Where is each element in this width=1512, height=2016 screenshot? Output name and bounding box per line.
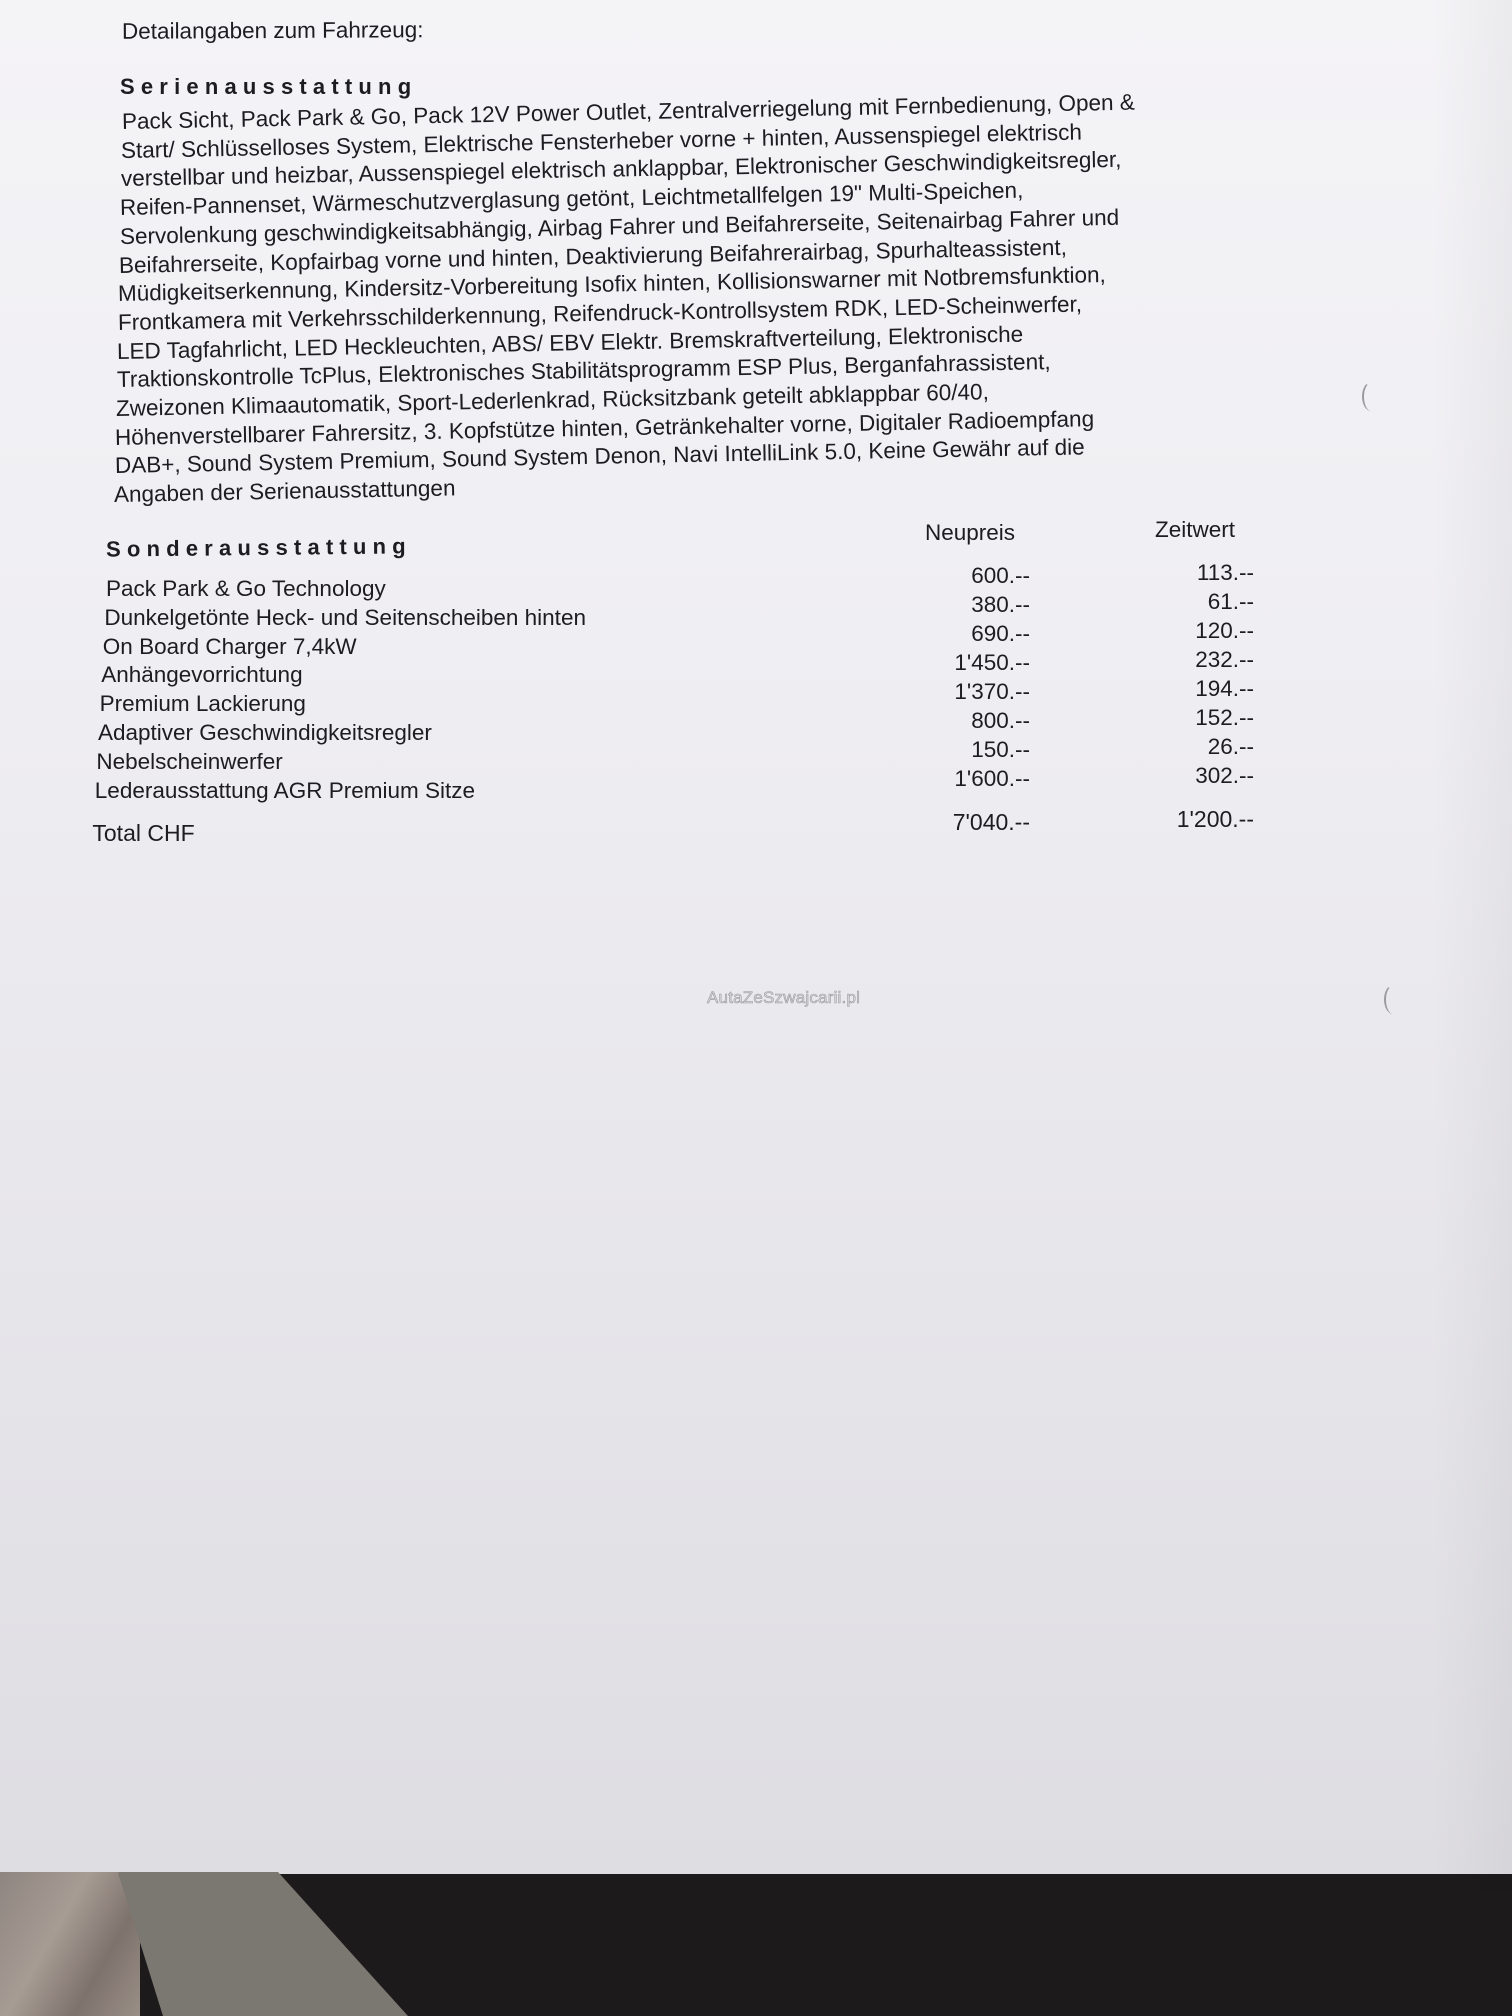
option-row-new-price: 150.-- bbox=[870, 737, 1030, 763]
option-row-current-value: 61.-- bbox=[1094, 589, 1254, 615]
option-row-name: Dunkelgetönte Heck- und Seitenscheiben h… bbox=[104, 605, 586, 631]
option-row-name: Lederausstattung AGR Premium Sitze bbox=[95, 778, 475, 804]
column-header-current-value: Zeitwert bbox=[1155, 517, 1235, 543]
standard-equipment-heading: Serienausstattung bbox=[120, 74, 417, 100]
option-row-current-value: 152.-- bbox=[1094, 705, 1254, 731]
document-intro: Detailangaben zum Fahrzeug: bbox=[122, 17, 424, 45]
option-row-current-value: 302.-- bbox=[1094, 763, 1254, 789]
hole-punch-mark bbox=[1362, 382, 1380, 411]
option-row-current-value: 194.-- bbox=[1094, 676, 1254, 702]
optional-equipment-heading: Sonderausstattung bbox=[106, 533, 412, 562]
option-row-name: Anhängevorrichtung bbox=[101, 662, 302, 688]
hole-punch-mark bbox=[1384, 985, 1402, 1014]
option-row-new-price: 600.-- bbox=[870, 563, 1030, 589]
option-row-current-value: 120.-- bbox=[1094, 618, 1254, 644]
watermark: AutaZeSzwajcarii.pl bbox=[707, 988, 860, 1008]
total-row-name: Total CHF bbox=[92, 820, 194, 847]
column-header-new-price: Neupreis bbox=[925, 520, 1015, 546]
option-row-name: Nebelscheinwerfer bbox=[96, 749, 282, 775]
option-row-new-price: 1'600.-- bbox=[870, 766, 1030, 792]
option-row-current-value: 232.-- bbox=[1094, 647, 1254, 673]
option-row-name: Pack Park & Go Technology bbox=[106, 576, 386, 602]
option-row-new-price: 1'450.-- bbox=[870, 650, 1030, 676]
option-row-name: On Board Charger 7,4kW bbox=[103, 634, 357, 660]
standard-equipment-text: Pack Sicht, Pack Park & Go, Pack 12V Pow… bbox=[122, 108, 1262, 510]
option-row-new-price: 1'370.-- bbox=[870, 679, 1030, 705]
document: Detailangaben zum Fahrzeug: Serienaussta… bbox=[0, 0, 1512, 1900]
option-row-current-value: 113.-- bbox=[1094, 560, 1254, 586]
option-row-name: Premium Lackierung bbox=[100, 691, 306, 717]
option-row-new-price: 690.-- bbox=[870, 621, 1030, 647]
option-row-current-value: 26.-- bbox=[1094, 734, 1254, 760]
total-row-new-price: 7'040.-- bbox=[870, 809, 1030, 836]
total-row-current-value: 1'200.-- bbox=[1094, 806, 1254, 833]
option-row-new-price: 800.-- bbox=[870, 708, 1030, 734]
option-row-name: Adaptiver Geschwindigkeitsregler bbox=[98, 720, 432, 746]
option-row-new-price: 380.-- bbox=[870, 592, 1030, 618]
